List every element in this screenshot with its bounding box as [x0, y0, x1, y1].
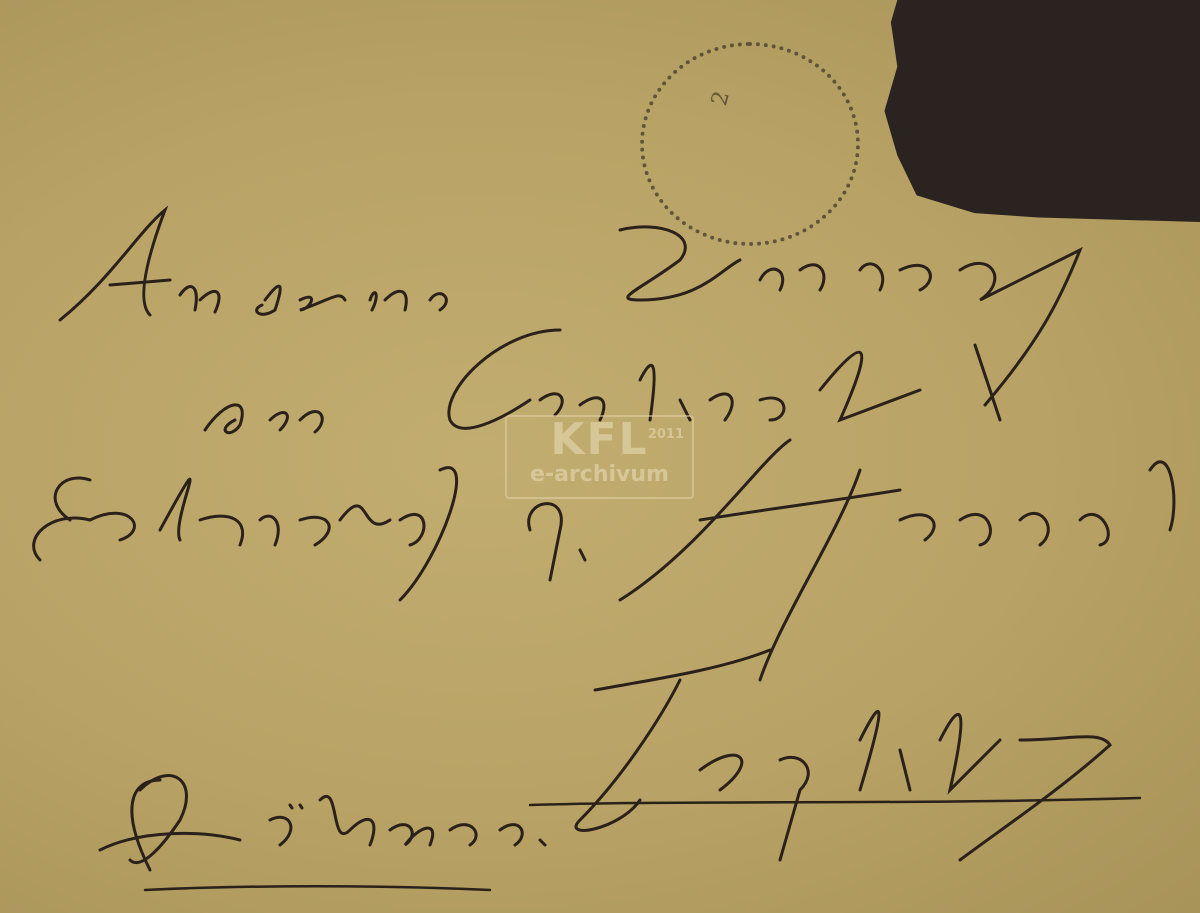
- kfl-watermark: KFL 2011 e-archivum: [505, 415, 694, 499]
- envelope: 2 An seine Eminenz den Cardinal, Erzbisc…: [0, 0, 1200, 913]
- watermark-subtitle: e-archivum: [507, 463, 692, 487]
- watermark-year: 2011: [648, 427, 684, 442]
